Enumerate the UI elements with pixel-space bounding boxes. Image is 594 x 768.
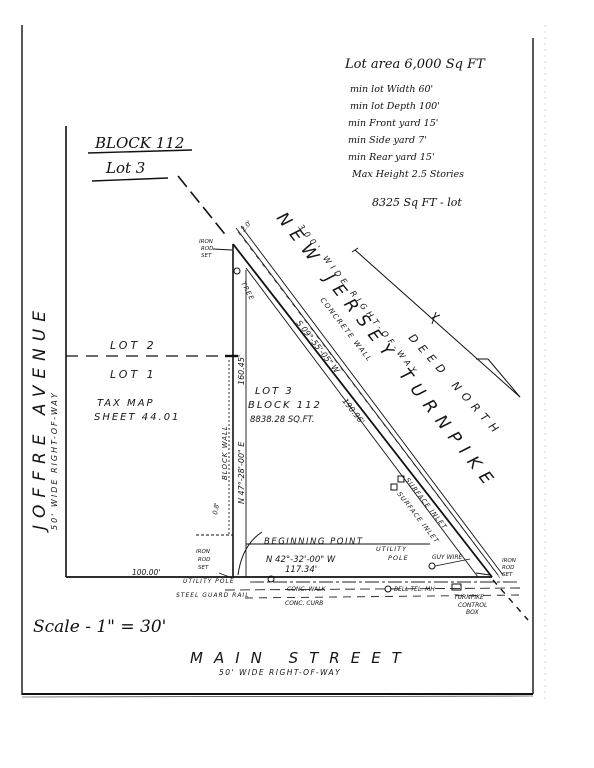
joffre-row-label: 50' WIDE RIGHT-OF-WAY <box>50 391 59 530</box>
zoning-item: min Rear yard 15' <box>348 152 435 163</box>
beginning-point-label: BEGINNING POINT <box>264 537 364 547</box>
turnpike-row-label: 300' WIDE RIGHT-OF-WAY <box>296 223 420 378</box>
survey-drawing: Lot area 6,000 Sq FT min lot Width 60' m… <box>0 0 594 768</box>
iron-rod-label: ROD <box>201 246 213 252</box>
iron-rod-label: IRON <box>196 549 210 555</box>
lot-title: Lot 3 <box>105 159 145 177</box>
zoning-notes: Lot area 6,000 Sq FT min lot Width 60' m… <box>344 57 486 209</box>
iron-rod-label: SET <box>198 565 209 571</box>
block-wall-label: BLOCK WALL <box>221 425 229 480</box>
iron-rod-label: SET <box>502 572 513 578</box>
iron-rod-label: ROD <box>198 557 210 563</box>
turnpike-box-label: TURNPIKE <box>454 594 484 601</box>
lot-3-area-label: 8838.28 SQ.FT. <box>250 415 314 425</box>
zoning-item: min Front yard 15' <box>348 118 438 129</box>
west-length: 160.45' <box>237 355 246 385</box>
conc-walk-label: CONC. WALK <box>287 586 326 593</box>
road-labels: NEW JERSEY TURNPIKE 300' WIDE RIGHT-OF-W… <box>30 209 505 677</box>
south-length: 117.34' <box>285 565 317 575</box>
south-bearing: N 42°-32'-00" W <box>266 555 336 565</box>
tree-label: TREE <box>239 280 256 302</box>
main-street-label: MAIN STREET <box>190 649 412 667</box>
utility-pole-label: UTILITY POLE <box>183 578 235 585</box>
iron-rod-label: SET <box>201 253 212 259</box>
turnpike-box-label: BOX <box>466 609 480 616</box>
title-block: BLOCK 112 Lot 3 <box>88 134 192 181</box>
zoning-item: Max Height 2.5 Stories <box>351 169 464 180</box>
frontage-length: 100.00' <box>132 568 160 577</box>
offset-bottom: 0.8' <box>211 502 221 516</box>
joffre-avenue-label: JOFFRE AVENUE <box>30 304 50 533</box>
scale-note: Scale - 1" = 30' <box>33 617 166 637</box>
tax-map-sheet-label: SHEET 44.01 <box>94 412 180 423</box>
block-title: BLOCK 112 <box>94 134 184 152</box>
tree-icon <box>234 268 240 274</box>
surface-inlet-icon <box>391 484 397 490</box>
utility-pole-icon <box>429 563 435 569</box>
lot-1-label: LOT 1 <box>110 368 157 381</box>
utility-pole-label: UTILITY <box>376 545 407 553</box>
lot-3-label: LOT 3 <box>255 386 294 397</box>
turnpike-box-label: CONTROL <box>458 602 487 609</box>
guy-wire-label: GUY WIRE <box>432 554 462 561</box>
guard-rail-label: STEEL GUARD RAIL <box>176 592 250 599</box>
lot-2-label: LOT 2 <box>110 339 157 352</box>
zoning-item: min lot Width 60' <box>350 84 433 95</box>
conc-curb-label: CONC. CURB <box>285 600 323 607</box>
control-box-icon <box>452 584 461 590</box>
iron-rod-label: IRON <box>502 558 516 564</box>
lot-labels: LOT 2 LOT 1 TAX MAP SHEET 44.01 LOT 3 BL… <box>94 339 322 425</box>
bell-mh-label: BELL TEL. MH <box>394 586 435 593</box>
utility-pole-label: POLE <box>388 554 409 562</box>
zoning-item: min lot Depth 100' <box>350 101 440 112</box>
offset-top: 2.0' <box>239 219 253 234</box>
main-row-label: 50' WIDE RIGHT-OF-WAY <box>219 668 341 677</box>
lot-3-block-label: BLOCK 112 <box>248 400 322 411</box>
hypotenuse-bearing: S 09°-55'-05" W <box>294 319 341 376</box>
tax-map-label: TAX MAP <box>97 398 155 409</box>
iron-rod-label: ROD <box>502 565 514 571</box>
turnpike-label: NEW JERSEY TURNPIKE <box>272 209 501 495</box>
west-bearing: N 47°-28'-00" E <box>237 441 246 504</box>
lot-area-note: Lot area 6,000 Sq FT <box>344 57 486 72</box>
zoning-item: min Side yard 7' <box>348 135 427 146</box>
lot-total-note: 8325 Sq FT - lot <box>372 196 462 209</box>
iron-rod-label: IRON <box>199 239 213 245</box>
